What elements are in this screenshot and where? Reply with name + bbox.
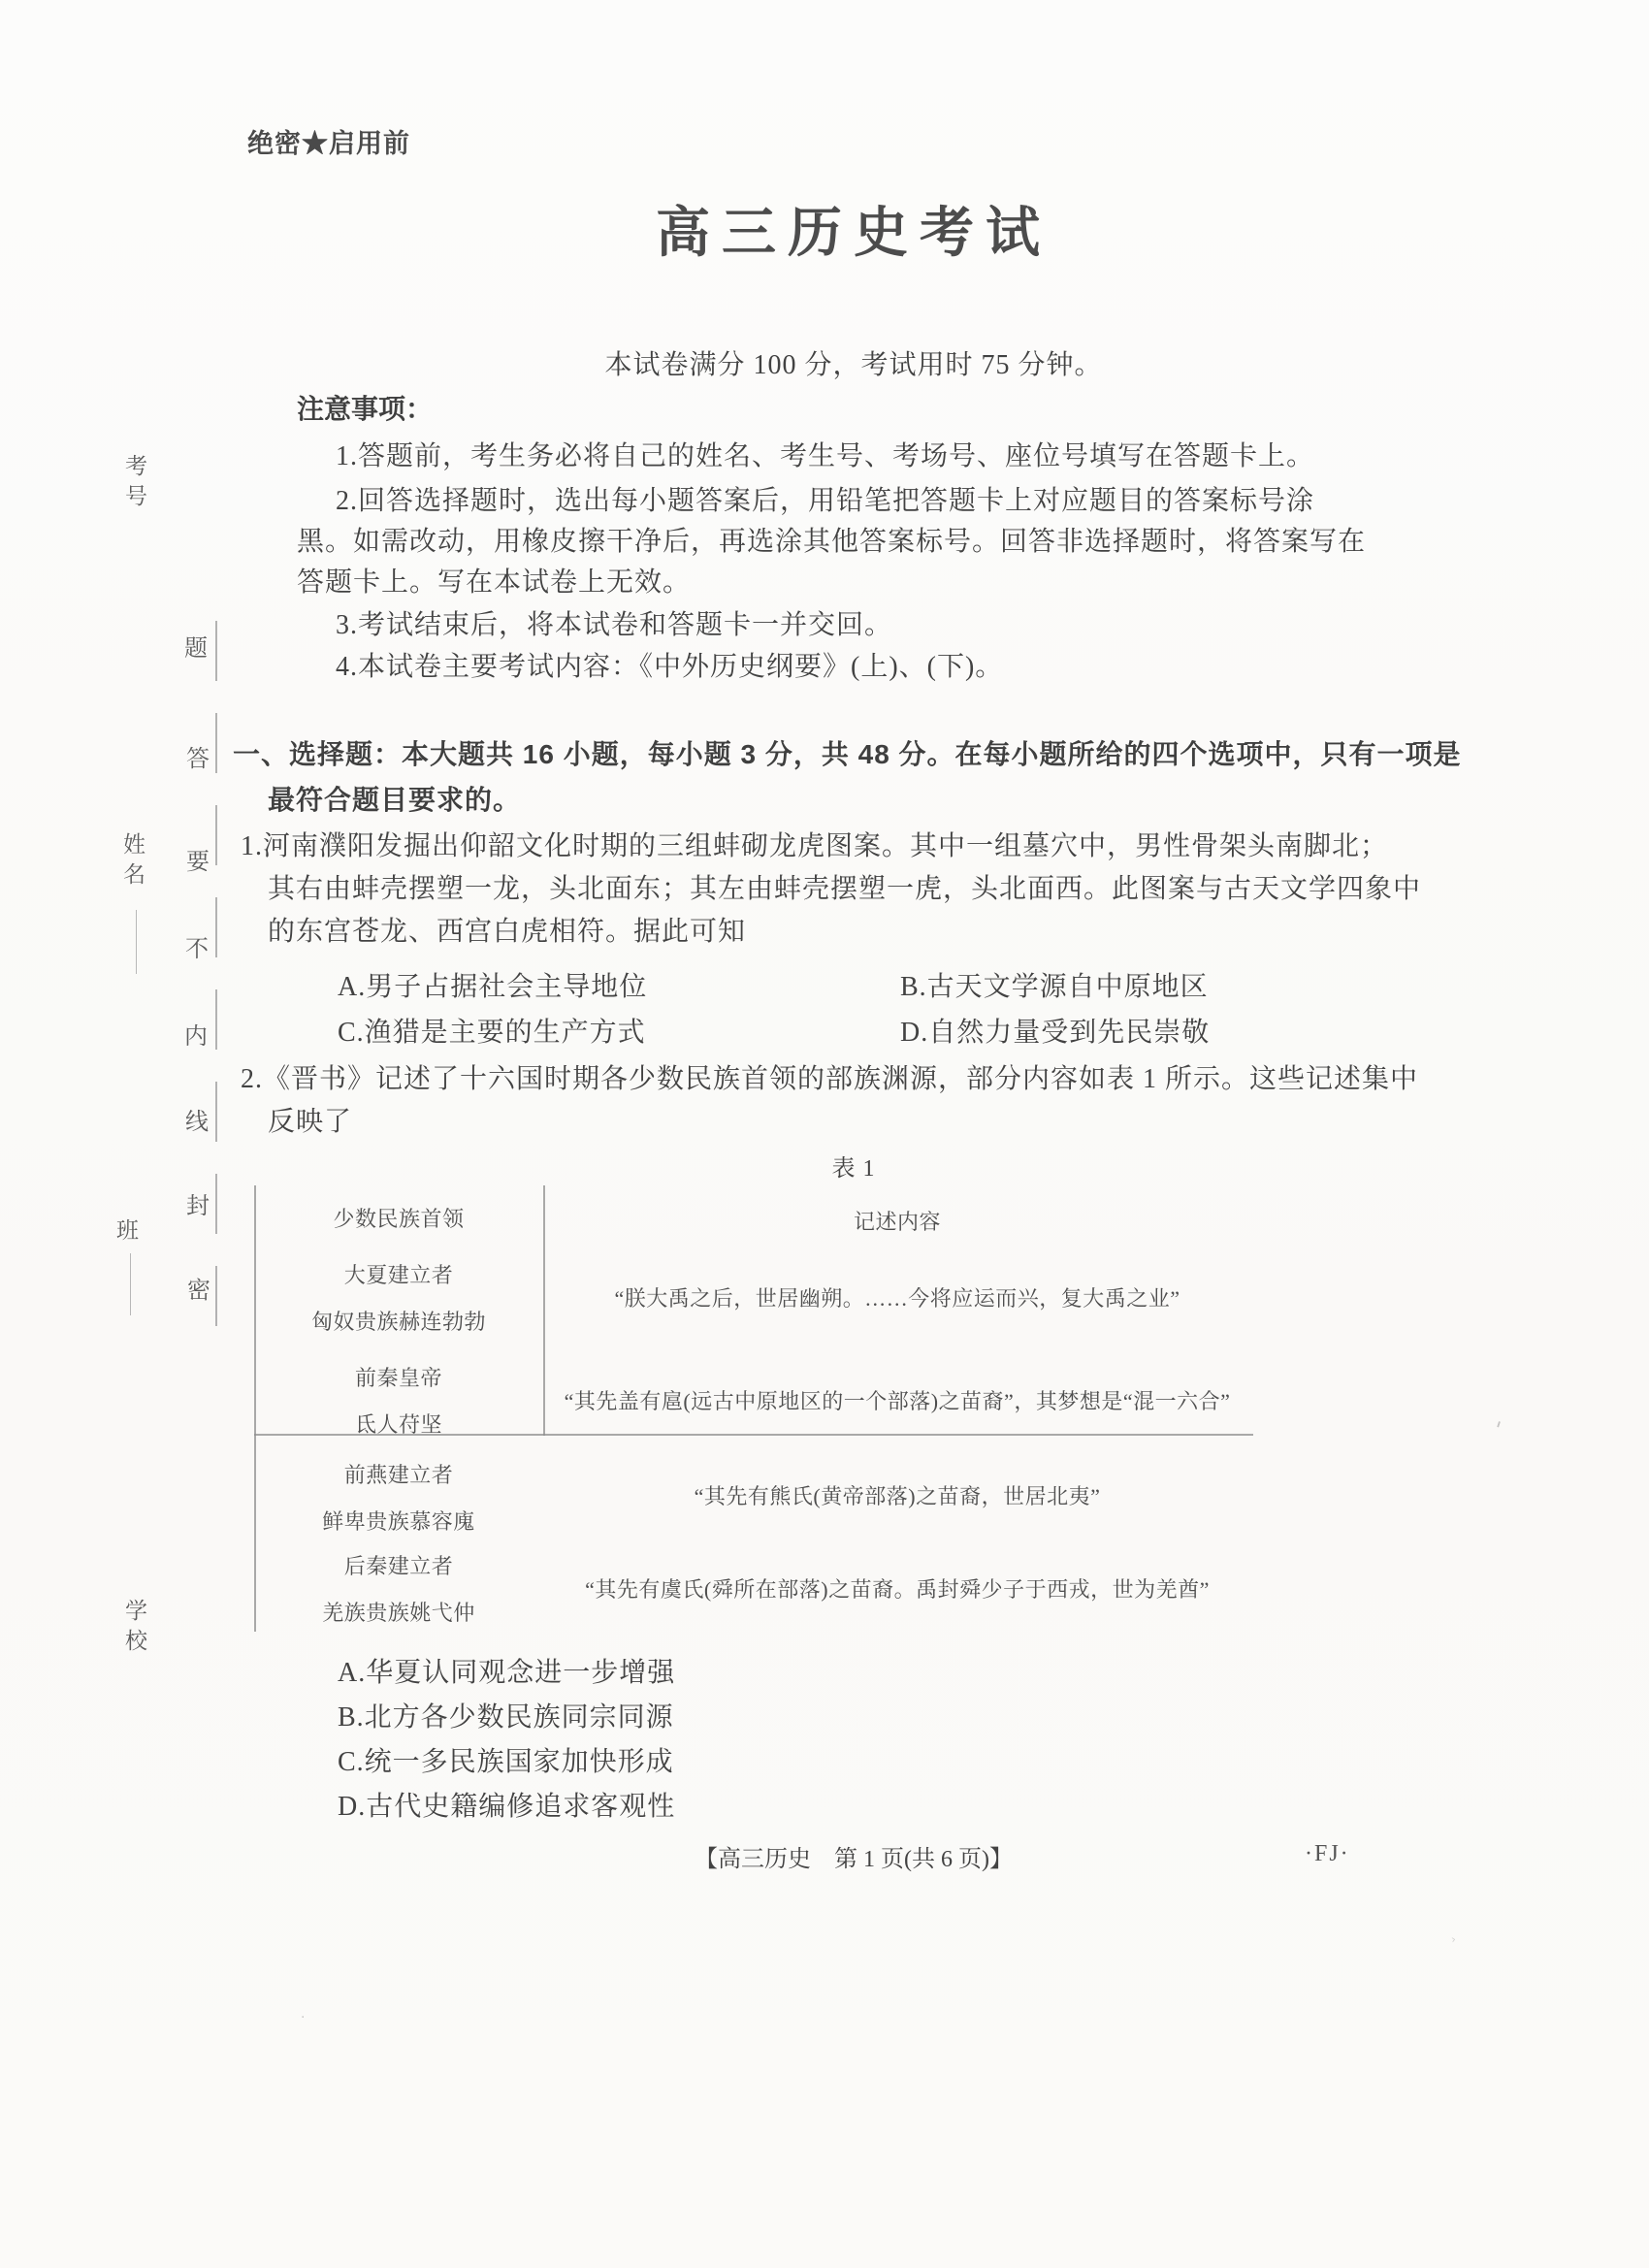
seal-char: 题: [184, 629, 208, 663]
seal-char: 答: [186, 739, 210, 773]
section1-heading-line2: 最符合题目要求的。: [268, 779, 521, 818]
notice-line-1: 1.答题前，考生务必将自己的姓名、考生号、考场号、座位号填写在答题卡上。: [336, 435, 1314, 473]
seal-char: 要: [186, 842, 210, 876]
table-row4-leader-line1: 后秦建立者: [254, 1550, 543, 1580]
table-row3-desc: “其先有熊氏(黄帝部落)之苗裔，世居北夷”: [543, 1480, 1251, 1510]
q1-option-d: D.自然力量受到先民崇敬: [900, 1011, 1210, 1050]
table-col1-header: 少数民族首领: [254, 1203, 543, 1233]
security-label: 绝密★启用前: [247, 122, 410, 160]
seal-char: 不: [185, 929, 209, 963]
exam-title: 高三历史考试: [175, 190, 1533, 268]
notice-line-2: 2.回答选择题时，选出每小题答案后，用铅笔把答题卡上对应题目的答案标号涂: [336, 479, 1314, 518]
notice-line-2-cont2: 答题卡上。写在本试卷上无效。: [297, 561, 691, 599]
section1-heading-line1: 一、选择题：本大题共 16 小题，每小题 3 分，共 48 分。在每小题所给的四…: [233, 733, 1462, 772]
name-writing-line: [136, 910, 137, 974]
table-row2-leader-line2: 氐人苻坚: [254, 1409, 543, 1439]
question-1-line1: 1.河南濮阳发掘出仰韶文化时期的三组蚌砌龙虎图案。其中一组墓穴中，男性骨架头南脚…: [241, 825, 1388, 863]
table-row1-desc: “朕大禹之后，世居幽朔。……今将应运而兴，复大禹之业”: [543, 1282, 1251, 1312]
footer-paper-code: ·FJ·: [1305, 1841, 1350, 1867]
seal-field-exam-number: 考号: [118, 454, 150, 514]
exam-paper-page: 考号 题 答 姓名 要 不 内 线 封 班 密 学校 绝密★启用前 高三历史考试…: [0, 0, 1649, 2268]
seal-char: 密: [187, 1271, 210, 1305]
q2-option-d: D.古代史籍编修追求客观性: [338, 1785, 675, 1824]
scan-artifact: ·: [301, 2010, 305, 2025]
question-1-line2: 其右由蚌壳摆塑一龙，头北面东；其左由蚌壳摆塑一虎，头北面西。此图案与古天文学四象…: [268, 867, 1421, 906]
q1-option-a: A.男子占据社会主导地位: [338, 965, 647, 1004]
table-row1-leader-line1: 大夏建立者: [254, 1259, 543, 1289]
notice-heading: 注意事项：: [297, 388, 433, 427]
q2-option-a: A.华夏认同观念进一步增强: [338, 1651, 675, 1690]
seal-cut-line: [215, 621, 217, 1329]
q1-option-b: B.古天文学源自中原地区: [900, 965, 1209, 1004]
scan-artifact: ': [1490, 1418, 1503, 1443]
notice-line-3: 3.考试结束后，将本试卷和答题卡一并交回。: [336, 603, 892, 642]
table-row2-leader-line1: 前秦皇帝: [254, 1362, 543, 1392]
notice-line-4: 4.本试卷主要考试内容：《中外历史纲要》(上)、(下)。: [336, 645, 1003, 684]
footer-page-info: 【高三历史 第 1 页(共 6 页)】: [640, 1839, 1067, 1873]
seal-char: 内: [184, 1017, 208, 1051]
seal-char: 线: [185, 1102, 209, 1136]
question-1-line3: 的东宫苍龙、西宫白虎相符。据此可知: [268, 910, 746, 949]
question-2-line1: 2.《晋书》记述了十六国时期各少数民族首领的部族渊源，部分内容如表 1 所示。这…: [241, 1057, 1418, 1096]
seal-field-name: 姓名: [116, 832, 148, 892]
table-caption: 表 1: [175, 1149, 1533, 1183]
q1-option-c: C.渔猎是主要的生产方式: [338, 1011, 646, 1050]
table-row3-leader-line1: 前燕建立者: [254, 1459, 543, 1489]
table-row1-leader-line2: 匈奴贵族赫连勃勃: [254, 1306, 543, 1336]
table-col2-header: 记述内容: [543, 1206, 1251, 1236]
notice-line-2-cont: 黑。如需改动，用橡皮擦干净后，再选涂其他答案标号。回答非选择题时，将答案写在: [297, 520, 1366, 559]
q2-option-b: B.北方各少数民族同宗同源: [338, 1696, 674, 1734]
table-row4-leader-line2: 羌族贵族姚弋仲: [254, 1597, 543, 1627]
scan-artifact: ›: [1450, 1932, 1457, 1947]
table-row3-leader-line2: 鲜卑贵族慕容廆: [254, 1506, 543, 1536]
class-writing-line: [130, 1253, 131, 1315]
table-row4-desc: “其先有虞氏(舜所在部落)之苗裔。禹封舜少子于西戎，世为羌酋”: [543, 1573, 1251, 1604]
seal-field-school: 学校: [118, 1599, 150, 1659]
q2-option-c: C.统一多民族国家加快形成: [338, 1740, 674, 1779]
seal-field-class: 班: [116, 1213, 139, 1245]
seal-char: 封: [186, 1186, 210, 1220]
exam-subtitle: 本试卷满分 100 分，考试用时 75 分钟。: [175, 343, 1533, 382]
table-row2-desc: “其先盖有扈(远古中原地区的一个部落)之苗裔”，其梦想是“混一六合”: [543, 1385, 1251, 1415]
question-2-line2: 反映了: [268, 1100, 352, 1139]
